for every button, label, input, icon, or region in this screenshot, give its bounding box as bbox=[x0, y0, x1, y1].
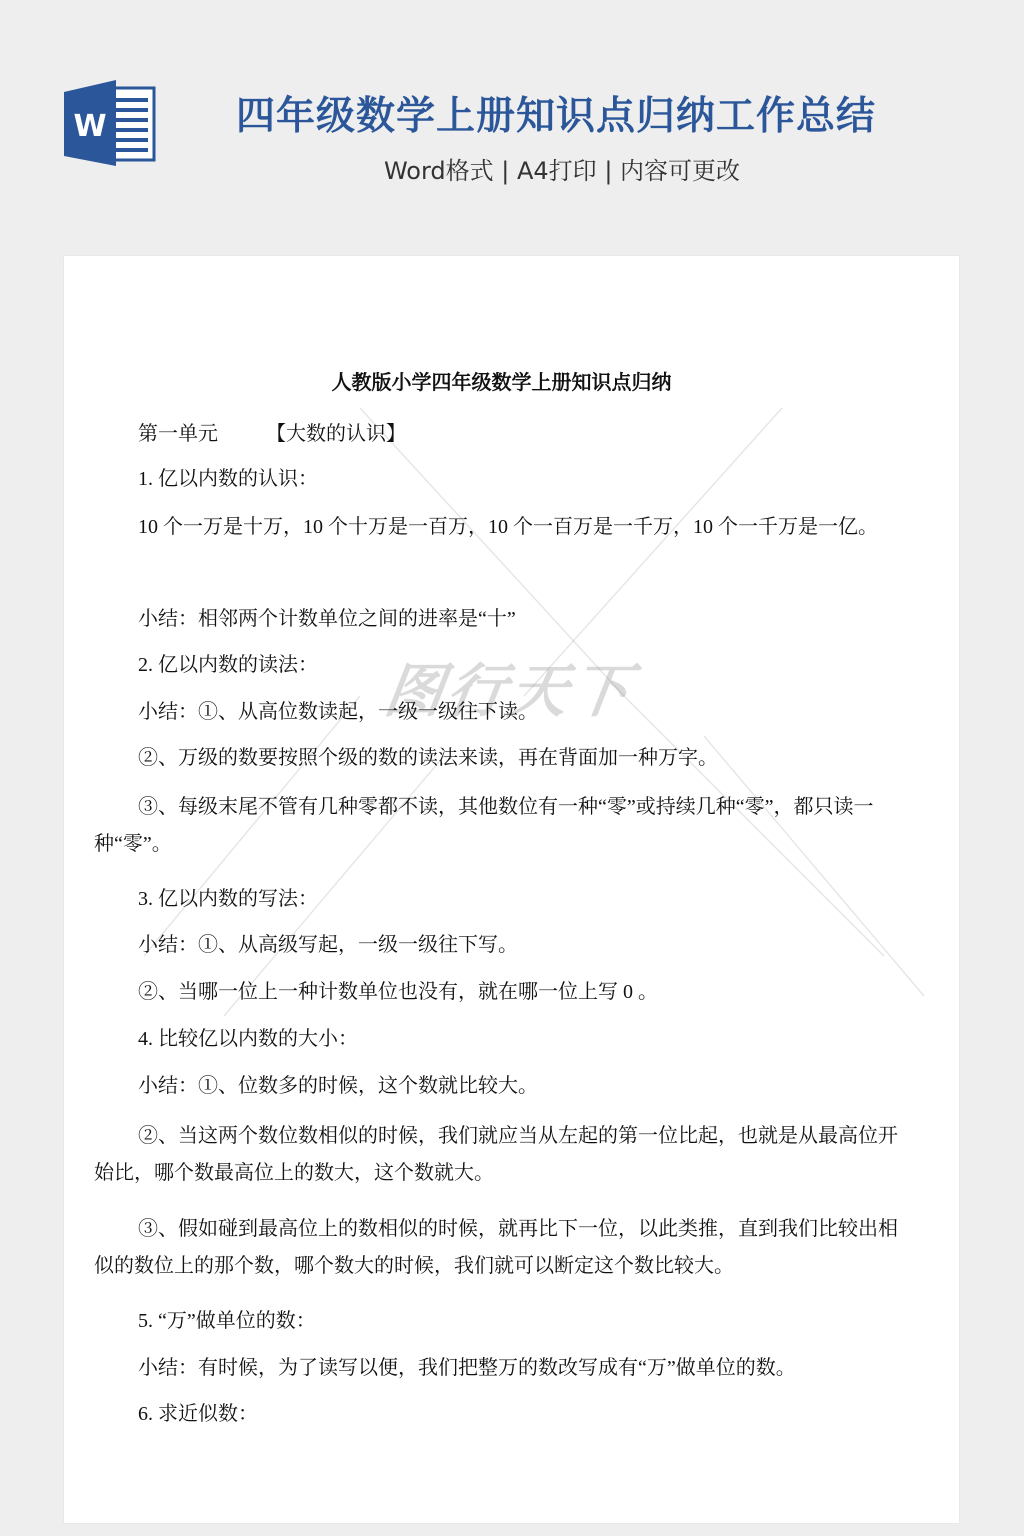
section-heading-3: 3. 亿以内数的写法： bbox=[94, 881, 909, 918]
section-heading-2: 2. 亿以内数的读法： bbox=[94, 647, 909, 684]
summary-point: ③、假如碰到最高位上的数相似的时候，就再比下一位，以此类推，直到我们比较出相似的… bbox=[94, 1211, 909, 1285]
summary-point: ②、万级的数要按照个级的数的读法来读，再在背面加一种万字。 bbox=[94, 740, 909, 777]
summary: 小结：有时候，为了读写以便，我们把整万的数改写成有“万”做单位的数。 bbox=[94, 1350, 909, 1387]
word-icon-letter: W bbox=[73, 109, 106, 144]
page-title: 四年级数学上册知识点归纳工作总结 bbox=[236, 92, 896, 142]
paragraph: 10 个一万是十万，10 个十万是一百万，10 个一百万是一千万，10 个一千万… bbox=[94, 509, 909, 546]
page-subtitle: Word格式 | A4打印 | 内容可更改 bbox=[200, 154, 924, 188]
summary: 小结：①、从高级写起，一级一级往下写。 bbox=[94, 927, 909, 964]
section-heading-1: 1. 亿以内数的认识： bbox=[94, 461, 909, 498]
word-doc-icon: W bbox=[64, 80, 158, 166]
summary: 小结：①、位数多的时候，这个数就比较大。 bbox=[94, 1068, 909, 1105]
section-heading-4: 4. 比较亿以内数的大小： bbox=[94, 1021, 909, 1058]
summary-point: ③、每级末尾不管有几种零都不读，其他数位有一种“零”或持续几种“零”，都只读一种… bbox=[94, 789, 909, 863]
unit-label: 第一单元 bbox=[138, 416, 266, 453]
document-page: 图行天下 人教版小学四年级数学上册知识点归纳 第一单元【大数的认识】 1. 亿以… bbox=[64, 256, 959, 1523]
section-heading-6: 6. 求近似数： bbox=[94, 1396, 909, 1433]
summary-point: ②、当这两个数位数相似的时候，我们就应当从左起的第一位比起，也就是从最高位开始比… bbox=[94, 1118, 909, 1192]
header: W 四年级数学上册知识点归纳工作总结 Word格式 | A4打印 | 内容可更改 bbox=[0, 0, 1024, 256]
unit-heading: 第一单元【大数的认识】 bbox=[94, 416, 909, 453]
unit-topic: 【大数的认识】 bbox=[266, 423, 406, 445]
document-title: 人教版小学四年级数学上册知识点归纳 bbox=[94, 368, 909, 398]
section-heading-5: 5. “万”做单位的数： bbox=[94, 1303, 909, 1340]
summary-point: ②、当哪一位上一种计数单位也没有，就在哪一位上写 0 。 bbox=[94, 974, 909, 1011]
summary: 小结：相邻两个计数单位之间的进率是“十” bbox=[94, 601, 909, 638]
summary: 小结：①、从高位数读起，一级一级往下读。 bbox=[94, 694, 909, 731]
